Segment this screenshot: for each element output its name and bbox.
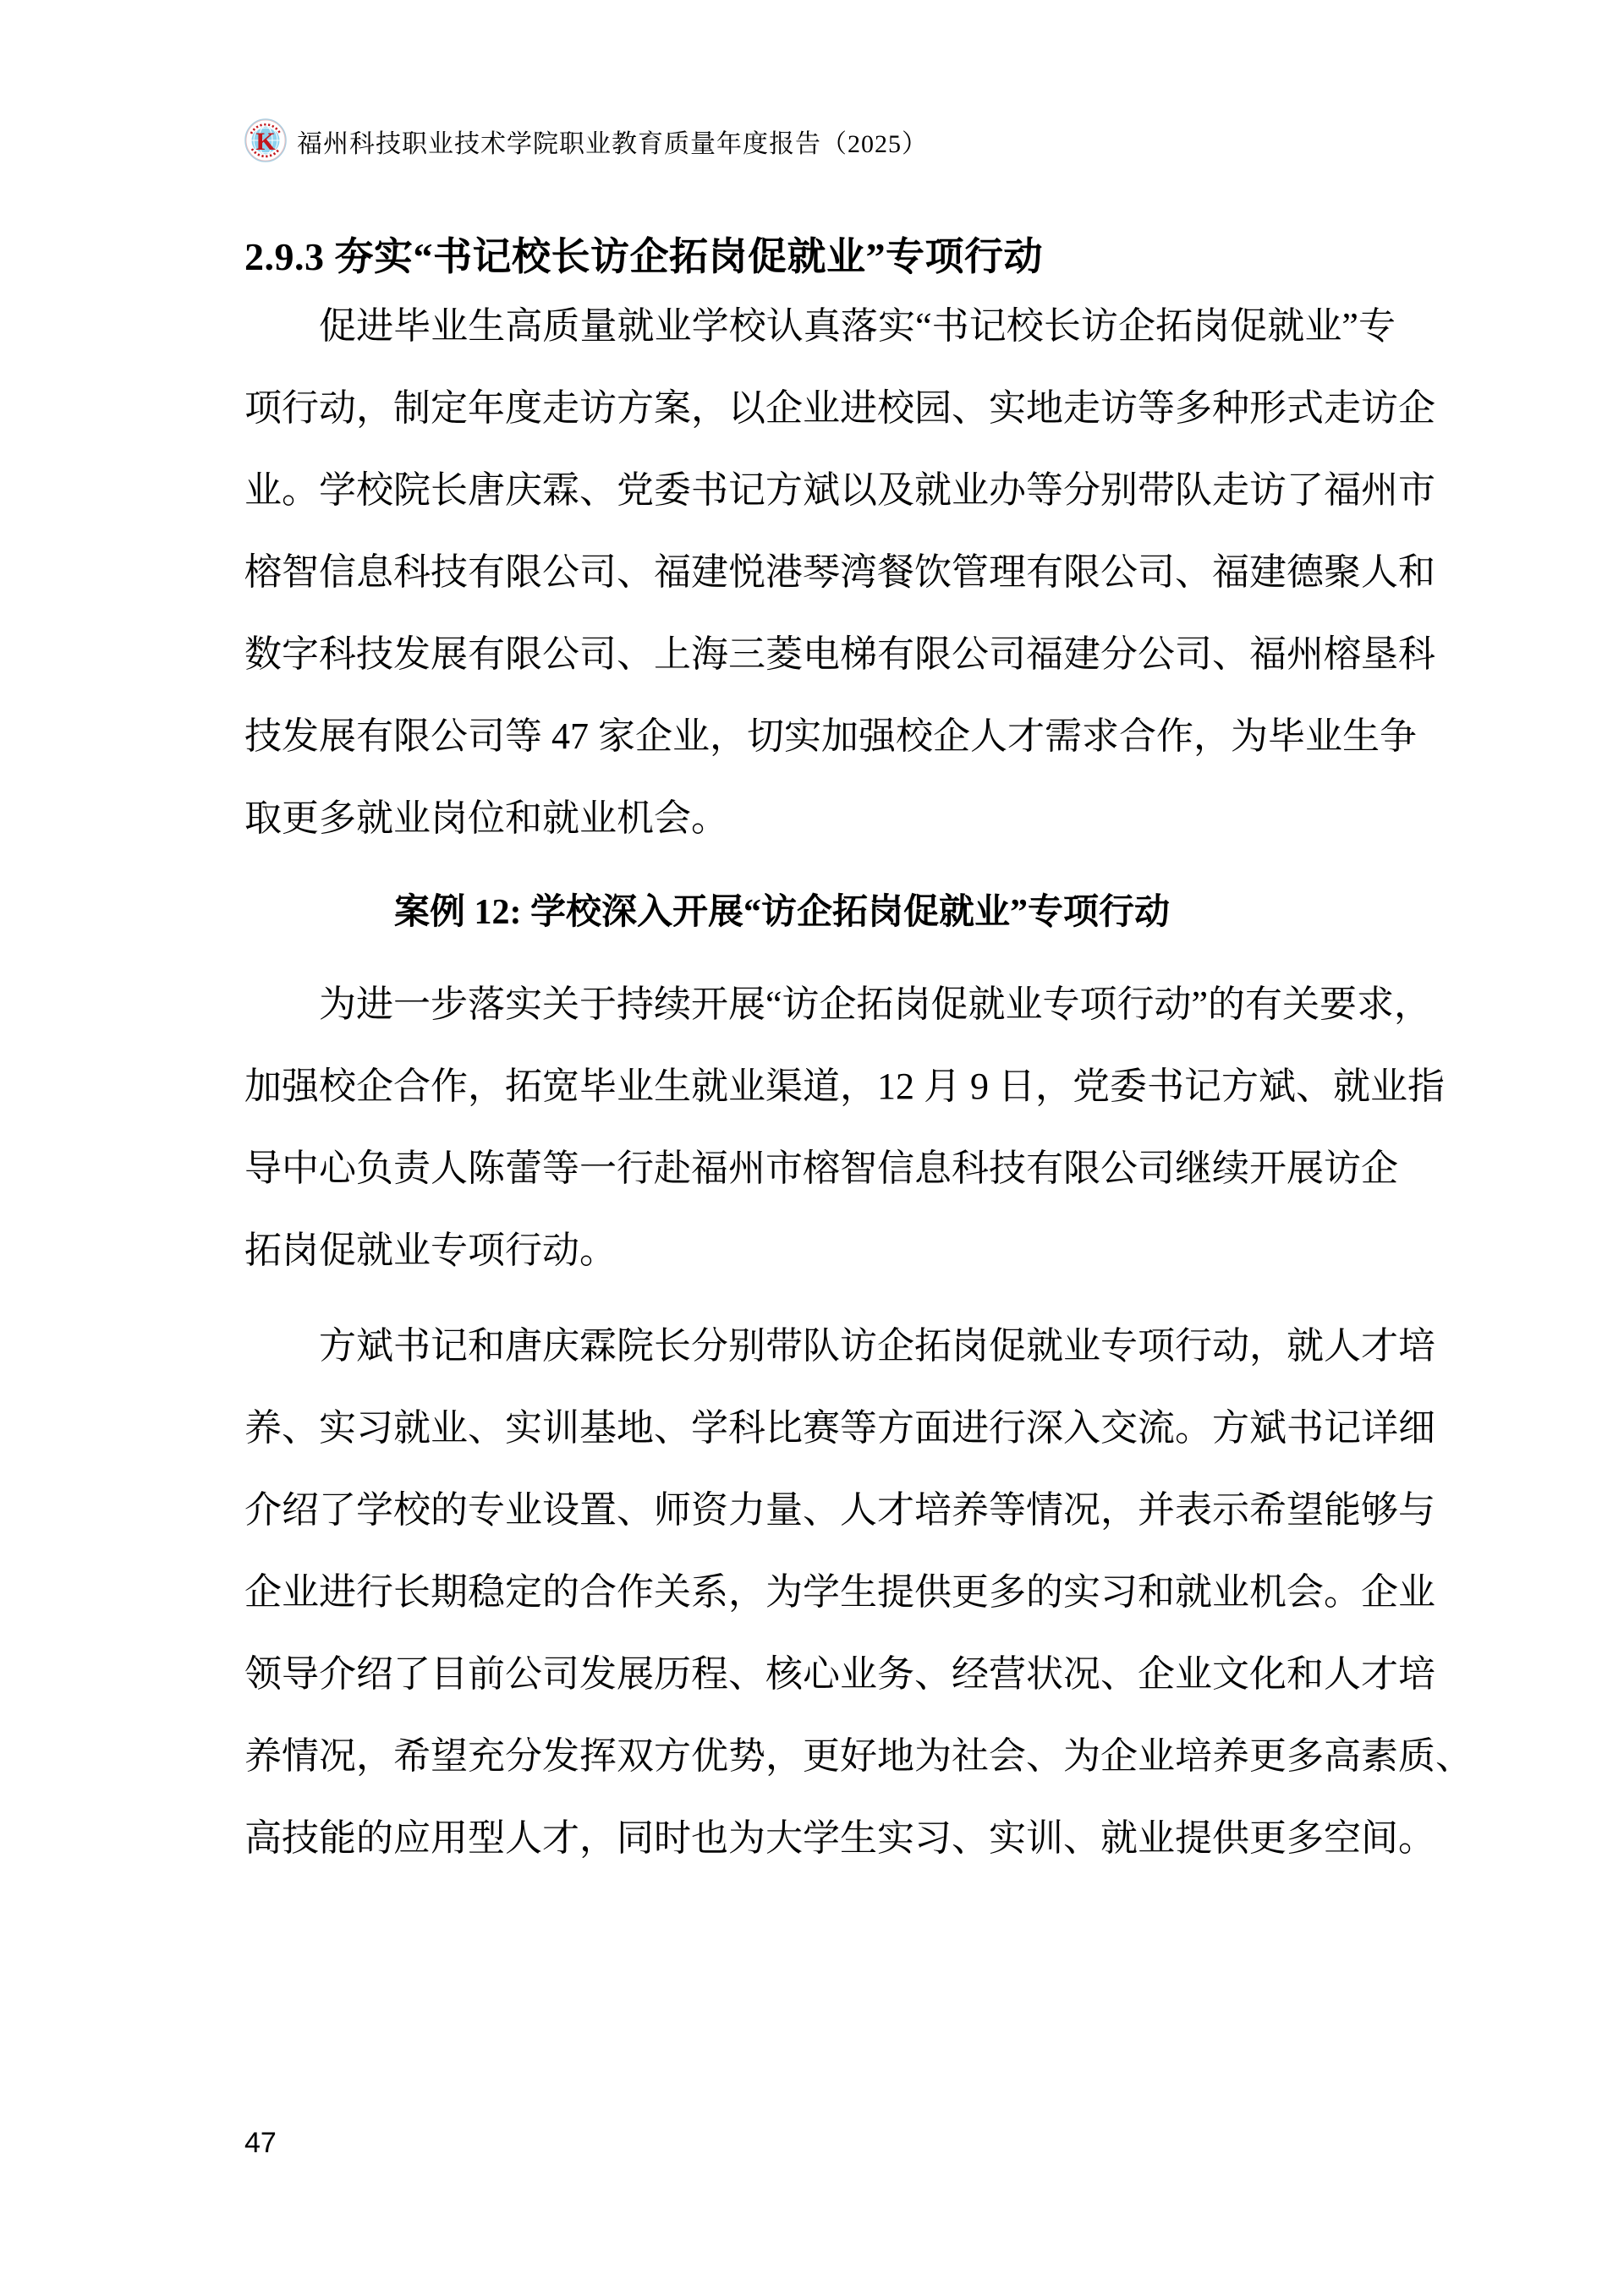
paragraph-line: 项行动，制定年度走访方案，以企业进校园、实地走访等多种形式走访企 xyxy=(244,367,1396,449)
paragraph-line: 养情况，希望充分发挥双方优势，更好地为社会、为企业培养更多高素质、 xyxy=(244,1715,1396,1797)
paragraph-line: 导中心负责人陈蕾等一行赴福州市榕智信息科技有限公司继续开展访企 xyxy=(244,1127,1396,1209)
section-heading: 2.9.3 夯实“书记校长访企拓岗促就业”专项行动 xyxy=(244,233,1396,282)
case-heading: 案例 12: 学校深入开展“访企拓岗促就业”专项行动 xyxy=(206,872,1358,954)
paragraph-line: 企业进行长期稳定的合作关系，为学生提供更多的实习和就业机会。企业 xyxy=(244,1551,1396,1633)
paragraph-line: 加强校企合作，拓宽毕业生就业渠道，12 月 9 日，党委书记方斌、就业指 xyxy=(244,1045,1396,1127)
school-emblem-graphic: K xyxy=(244,118,287,162)
paragraph-line: 介绍了学校的专业设置、师资力量、人才培养等情况，并表示希望能够与 xyxy=(244,1469,1396,1551)
report-title: 福州科技职业技术学院职业教育质量年度报告（2025） xyxy=(297,125,928,164)
logo-monogram: K xyxy=(255,128,276,156)
page-number: 47 xyxy=(244,2124,277,2162)
paragraph-2: 为进一步落实关于持续开展“访企拓岗促就业专项行动”的有关要求， 加强校企合作，拓… xyxy=(244,963,1396,1291)
paragraph-line: 技发展有限公司等 47 家企业，切实加强校企人才需求合作，为毕业生争 xyxy=(244,695,1396,777)
paragraph-line: 取更多就业岗位和就业机会。 xyxy=(244,777,1396,859)
paragraph-line: 高技能的应用型人才，同时也为大学生实习、实训、就业提供更多空间。 xyxy=(244,1797,1396,1879)
paragraph-3: 方斌书记和唐庆霖院长分别带队访企拓岗促就业专项行动，就人才培 养、实习就业、实训… xyxy=(244,1305,1396,1879)
paragraph-line: 拓岗促就业专项行动。 xyxy=(244,1209,1396,1291)
school-logo-icon: K xyxy=(244,118,287,162)
document-page: K 福州科技职业技术学院职业教育质量年度报告（2025） 2.9.3 夯实“书记… xyxy=(0,0,1624,2296)
paragraph-1: 促进毕业生高质量就业学校认真落实“书记校长访企拓岗促就业”专 项行动，制定年度走… xyxy=(244,285,1396,859)
paragraph-line: 榕智信息科技有限公司、福建悦港琴湾餐饮管理有限公司、福建德聚人和 xyxy=(244,531,1396,613)
paragraph-line: 领导介绍了目前公司发展历程、核心业务、经营状况、企业文化和人才培 xyxy=(244,1633,1396,1715)
page-header: K 福州科技职业技术学院职业教育质量年度报告（2025） xyxy=(244,118,928,162)
paragraph-line: 数字科技发展有限公司、上海三菱电梯有限公司福建分公司、福州榕垦科 xyxy=(244,613,1396,695)
paragraph-line: 养、实习就业、实训基地、学科比赛等方面进行深入交流。方斌书记详细 xyxy=(244,1387,1396,1469)
paragraph-line: 方斌书记和唐庆霖院长分别带队访企拓岗促就业专项行动，就人才培 xyxy=(244,1305,1396,1387)
paragraph-line: 为进一步落实关于持续开展“访企拓岗促就业专项行动”的有关要求， xyxy=(244,963,1396,1045)
paragraph-line: 促进毕业生高质量就业学校认真落实“书记校长访企拓岗促就业”专 xyxy=(244,285,1396,367)
paragraph-line: 业。学校院长唐庆霖、党委书记方斌以及就业办等分别带队走访了福州市 xyxy=(244,449,1396,531)
